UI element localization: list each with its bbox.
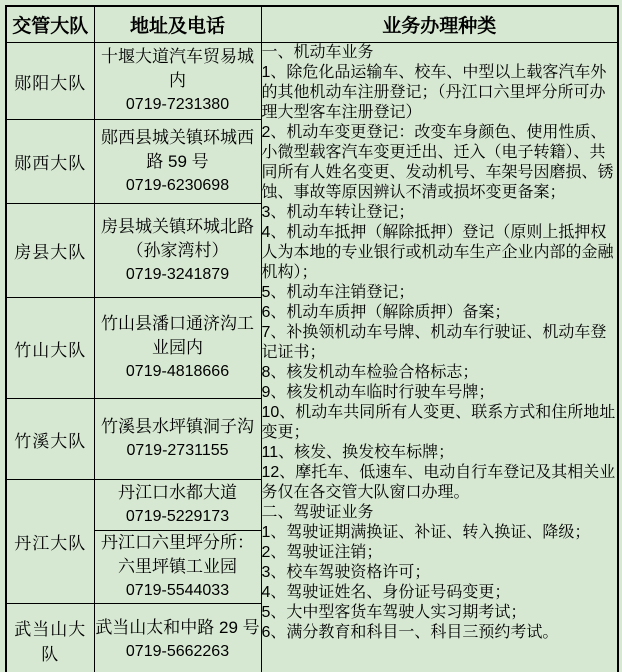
column-header-address-phone: 地址及电话 <box>94 6 261 43</box>
brigade-name-yunxi: 郧西大队 <box>6 120 94 204</box>
address-text: 房县城关镇环城北路（孙家湾村） <box>95 215 261 263</box>
service-item: 6、满分教育和科目一、科目三预约考试。 <box>262 623 618 643</box>
services-cell: 一、机动车业务 1、除危化品运输车、校车、中型以上载客汽车外的其他机动车注册登记… <box>261 43 618 672</box>
service-item: 3、机动车转让登记； <box>262 203 618 223</box>
service-item: 7、补换领机动车号牌、机动车行驶证、机动车登记证书； <box>262 323 618 363</box>
address-text: 郧西县城关镇环城西路 59 号 <box>95 126 261 174</box>
phone-number: 0719-4818666 <box>95 360 261 384</box>
service-item: 12、摩托车、低速车、电动自行车登记及其相关业务仅在各交管大队窗口办理。 <box>262 463 618 503</box>
address-text: 丹江口水都大道 <box>95 481 261 505</box>
column-header-brigade: 交管大队 <box>6 6 94 43</box>
service-item: 9、核发机动车临时行驶车号牌； <box>262 383 618 403</box>
brigade-name-fangxian: 房县大队 <box>6 204 94 298</box>
brigade-name-zhushan: 竹山大队 <box>6 298 94 399</box>
address-text: 十堰大道汽车贸易城内 <box>95 45 261 93</box>
phone-number: 0719-7231380 <box>95 93 261 117</box>
brigade-name-zhuxi: 竹溪大队 <box>6 399 94 480</box>
phone-number: 0719-3241879 <box>95 263 261 287</box>
page-background: 交管大队 地址及电话 业务办理种类 郧阳大队 十堰大道汽车贸易城内 0719-7… <box>0 0 622 672</box>
phone-number: 0719-5544033 <box>95 579 261 603</box>
address-phone-cell: 竹溪县水坪镇洞子沟 0719-2731155 <box>94 399 261 480</box>
address-phone-cell: 丹江口水都大道 0719-5229173 <box>94 480 261 531</box>
service-item: 10、机动车共同所有人变更、联系方式和住所地址变更； <box>262 403 618 443</box>
service-item: 5、大中型客货车驾驶人实习期考试； <box>262 603 618 623</box>
phone-number: 0719-5662263 <box>95 640 261 664</box>
phone-number: 0719-5229173 <box>95 505 261 529</box>
service-item: 8、核发机动车检验合格标志； <box>262 363 618 383</box>
address-text: 竹山县潘口通济沟工业园内 <box>95 312 261 360</box>
address-text: 武当山太和中路 29 号 <box>95 616 261 640</box>
column-header-services: 业务办理种类 <box>261 6 618 43</box>
address-text: 竹溪县水坪镇洞子沟 <box>95 415 261 439</box>
service-item: 11、核发、换发校车标牌； <box>262 443 618 463</box>
address-phone-cell: 房县城关镇环城北路（孙家湾村） 0719-3241879 <box>94 204 261 298</box>
service-item: 2、机动车变更登记：改变车身颜色、使用性质、小微型载客汽车变更迁出、迁入（电子转… <box>262 123 618 203</box>
service-section-title: 二、驾驶证业务 <box>262 503 618 523</box>
service-item: 4、机动车抵押（解除抵押）登记（原则上抵押权人为本地的专业银行或机动车生产企业内… <box>262 223 618 283</box>
brigade-name-wudangshan: 武当山大队 <box>6 604 94 672</box>
address-text: 丹江口六里坪分所： 六里坪镇工业园 <box>95 531 261 579</box>
service-item: 4、驾驶证姓名、身份证号码变更； <box>262 583 618 603</box>
address-phone-cell: 武当山太和中路 29 号 0719-5662263 <box>94 604 261 672</box>
traffic-brigade-table: 交管大队 地址及电话 业务办理种类 郧阳大队 十堰大道汽车贸易城内 0719-7… <box>5 5 619 672</box>
service-item: 5、机动车注销登记； <box>262 283 618 303</box>
phone-number: 0719-2731155 <box>95 439 261 463</box>
service-item: 1、驾驶证期满换证、补证、转入换证、降级； <box>262 523 618 543</box>
address-phone-cell: 竹山县潘口通济沟工业园内 0719-4818666 <box>94 298 261 399</box>
header-row: 交管大队 地址及电话 业务办理种类 <box>6 6 618 43</box>
phone-number: 0719-6230698 <box>95 174 261 198</box>
service-item: 2、驾驶证注销； <box>262 543 618 563</box>
brigade-name-yunyang: 郧阳大队 <box>6 43 94 120</box>
address-phone-cell: 郧西县城关镇环城西路 59 号 0719-6230698 <box>94 120 261 204</box>
service-item: 3、校车驾驶资格许可； <box>262 563 618 583</box>
service-item: 1、除危化品运输车、校车、中型以上载客汽车外的其他机动车注册登记；（丹江口六里坪… <box>262 63 618 123</box>
table-row: 郧阳大队 十堰大道汽车贸易城内 0719-7231380 一、机动车业务 1、除… <box>6 43 618 120</box>
service-section-title: 一、机动车业务 <box>262 43 618 63</box>
service-item: 6、机动车质押（解除质押）备案； <box>262 303 618 323</box>
brigade-name-danjiang: 丹江大队 <box>6 480 94 604</box>
address-phone-cell: 丹江口六里坪分所： 六里坪镇工业园 0719-5544033 <box>94 531 261 604</box>
address-phone-cell: 十堰大道汽车贸易城内 0719-7231380 <box>94 43 261 120</box>
